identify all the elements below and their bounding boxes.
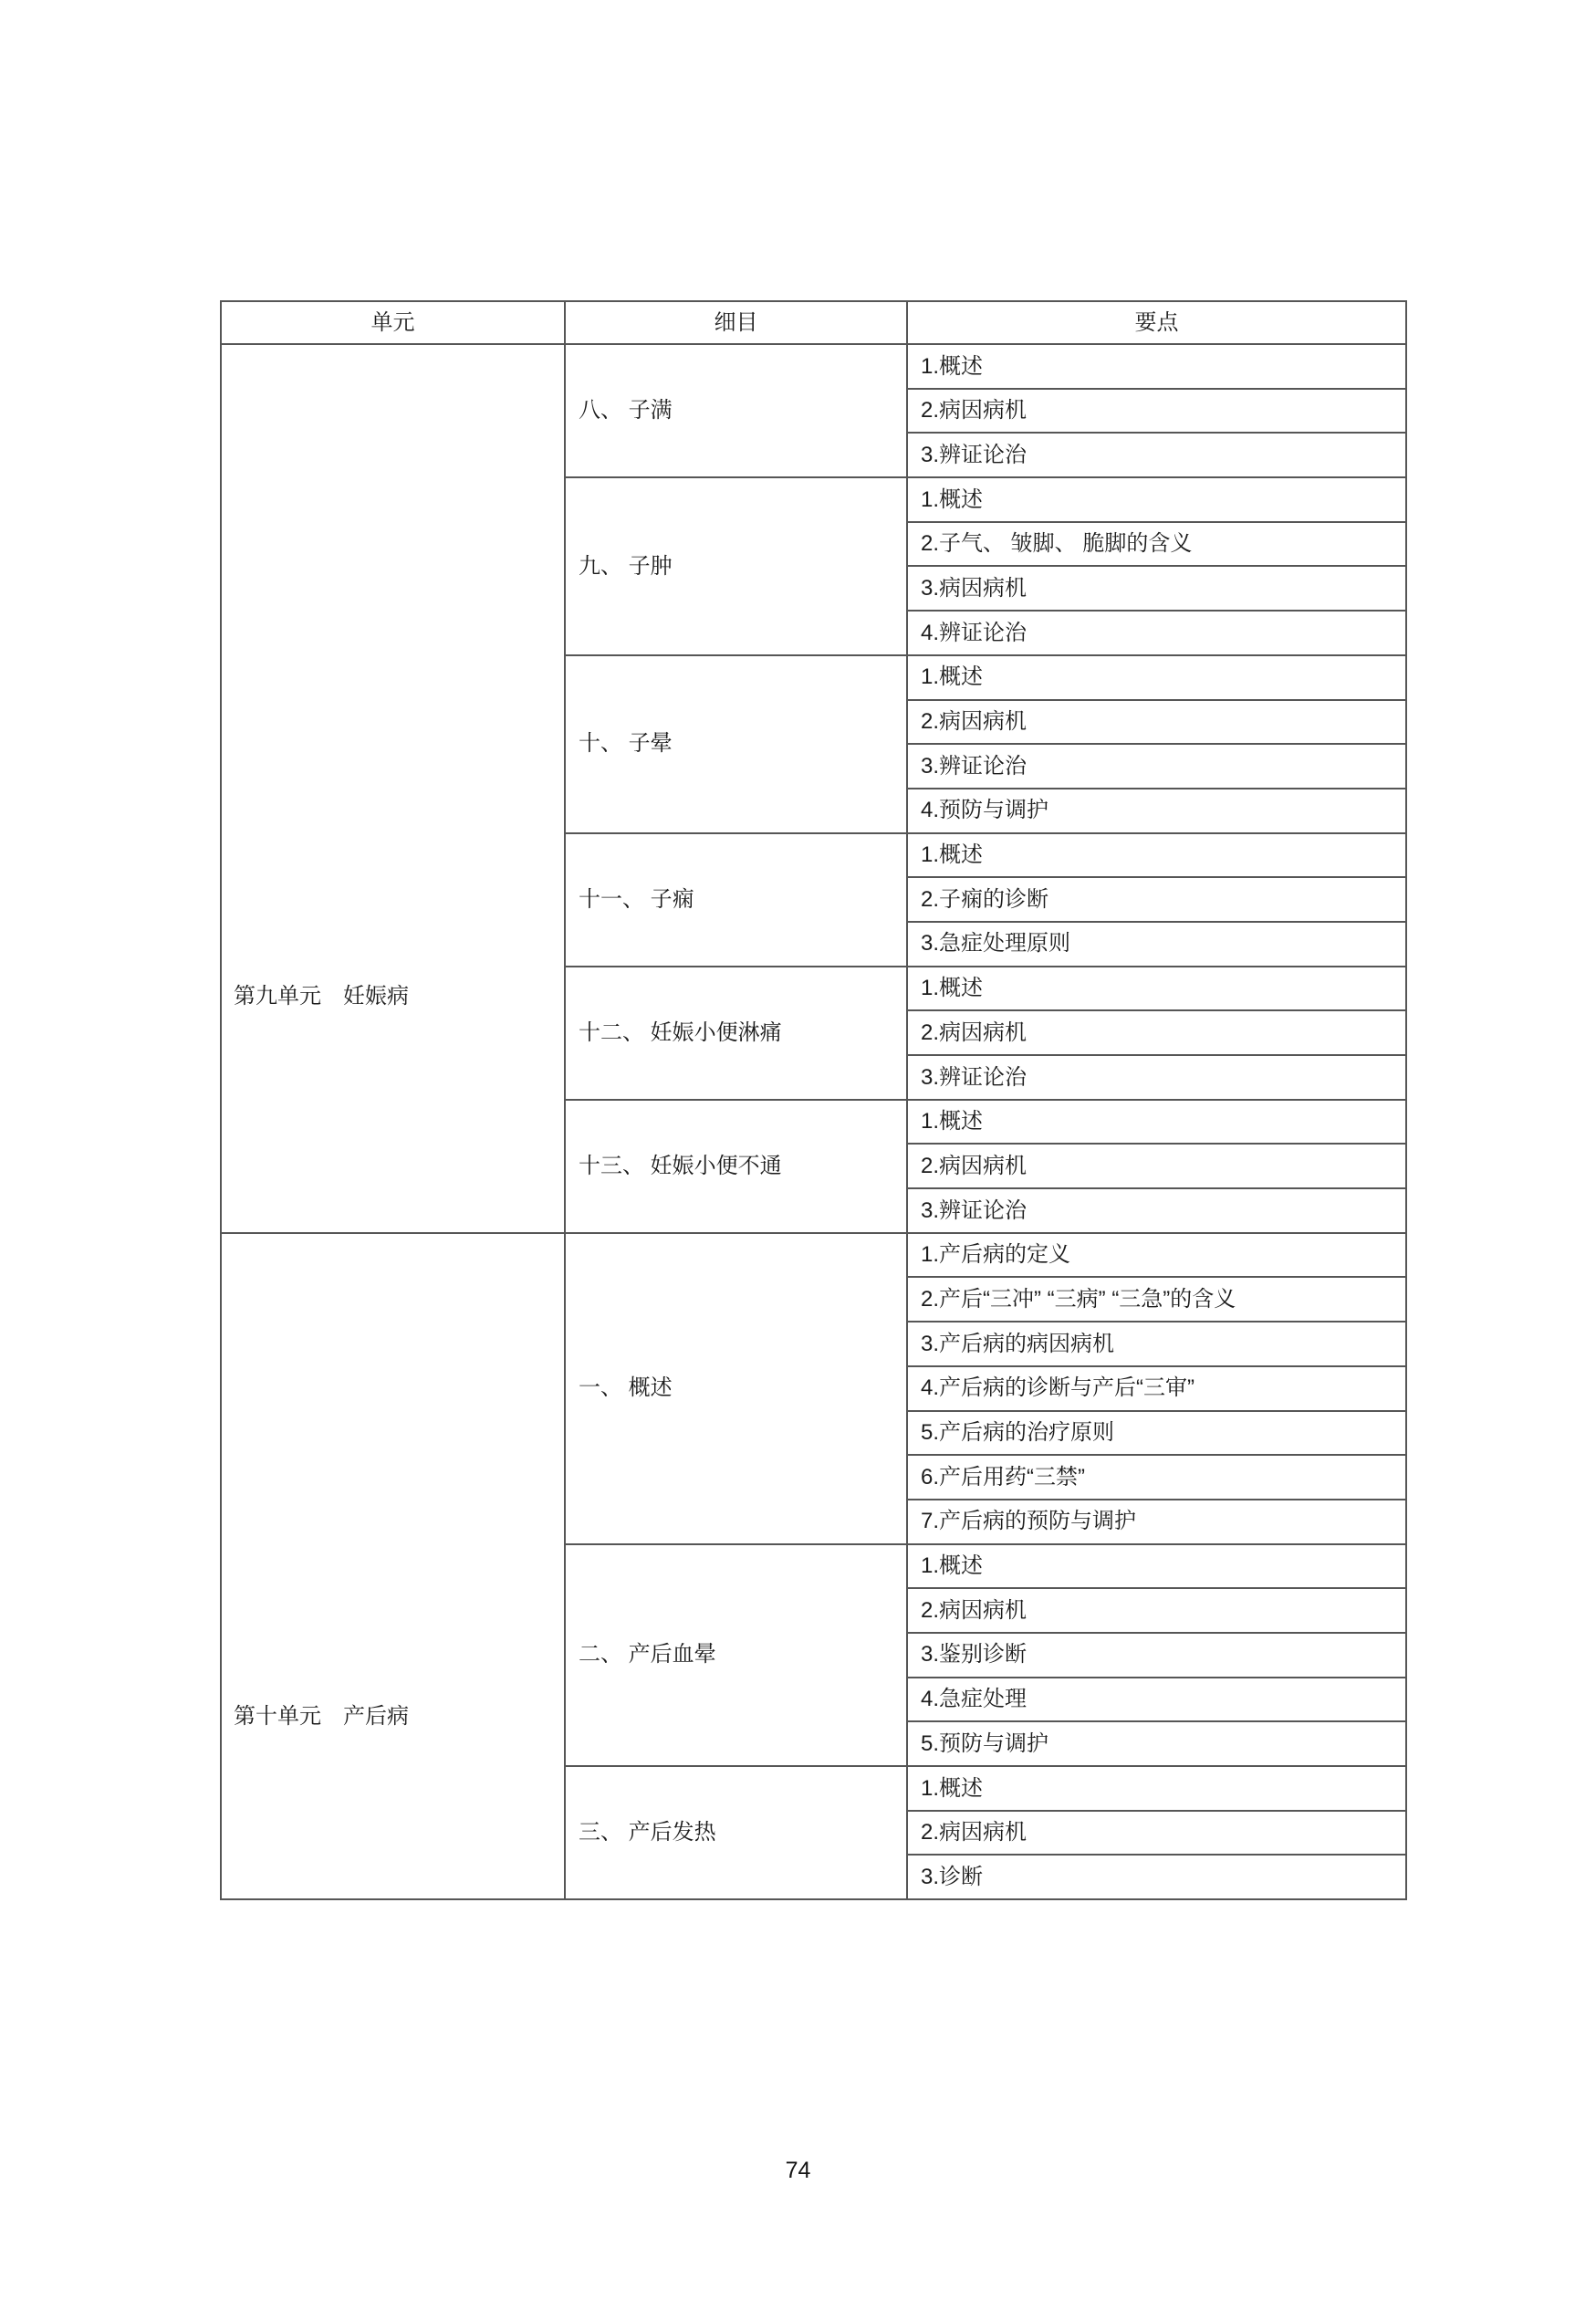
point-cell: 3.诊断 bbox=[907, 1855, 1406, 1899]
unit-cell: 第十单元 产后病 bbox=[221, 1233, 565, 1899]
col-header-unit: 单元 bbox=[221, 301, 565, 344]
item-cell: 十、 子晕 bbox=[565, 655, 907, 833]
unit-label: 第十单元 产后病 bbox=[234, 1704, 409, 1730]
col-header-points: 要点 bbox=[907, 301, 1406, 344]
point-cell: 6.产后用药“三禁” bbox=[907, 1455, 1406, 1500]
point-cell: 3.病因病机 bbox=[907, 566, 1406, 611]
point-cell: 1.概述 bbox=[907, 967, 1406, 1011]
item-cell: 八、 子满 bbox=[565, 344, 907, 477]
syllabus-table: 单元 细目 要点 第九单元 妊娠病 八、 子满 1.概述 2.病因病机 3.辨证… bbox=[220, 300, 1407, 1900]
point-cell: 2.病因病机 bbox=[907, 389, 1406, 434]
point-cell: 4.急症处理 bbox=[907, 1678, 1406, 1722]
point-cell: 1.概述 bbox=[907, 1100, 1406, 1145]
point-cell: 2.病因病机 bbox=[907, 1144, 1406, 1188]
col-header-item: 细目 bbox=[565, 301, 907, 344]
point-cell: 1.概述 bbox=[907, 1544, 1406, 1589]
point-cell: 4.辨证论治 bbox=[907, 611, 1406, 655]
point-cell: 3.辨证论治 bbox=[907, 433, 1406, 477]
item-cell: 三、 产后发热 bbox=[565, 1766, 907, 1899]
item-cell: 十三、 妊娠小便不通 bbox=[565, 1100, 907, 1233]
point-cell: 4.产后病的诊断与产后“三审” bbox=[907, 1366, 1406, 1411]
point-cell: 3.辨证论治 bbox=[907, 1188, 1406, 1233]
item-cell: 十一、 子痫 bbox=[565, 833, 907, 967]
point-cell: 4.预防与调护 bbox=[907, 789, 1406, 833]
point-cell: 2.病因病机 bbox=[907, 700, 1406, 745]
item-cell: 九、 子肿 bbox=[565, 477, 907, 655]
point-cell: 2.产后“三冲” “三病” “三急”的含义 bbox=[907, 1277, 1406, 1322]
point-cell: 3.产后病的病因病机 bbox=[907, 1322, 1406, 1366]
point-cell: 3.急症处理原则 bbox=[907, 922, 1406, 967]
unit-label: 第九单元 妊娠病 bbox=[234, 984, 409, 1009]
point-cell: 1.概述 bbox=[907, 655, 1406, 700]
point-cell: 7.产后病的预防与调护 bbox=[907, 1500, 1406, 1544]
point-cell: 3.辨证论治 bbox=[907, 744, 1406, 789]
point-cell: 3.辨证论治 bbox=[907, 1055, 1406, 1100]
point-cell: 5.产后病的治疗原则 bbox=[907, 1411, 1406, 1456]
page-number: 74 bbox=[0, 2158, 1596, 2184]
point-cell: 1.概述 bbox=[907, 477, 1406, 522]
point-cell: 2.病因病机 bbox=[907, 1588, 1406, 1633]
point-cell: 3.鉴别诊断 bbox=[907, 1633, 1406, 1678]
point-cell: 2.子痫的诊断 bbox=[907, 877, 1406, 922]
unit-cell: 第九单元 妊娠病 bbox=[221, 344, 565, 1233]
item-cell: 一、 概述 bbox=[565, 1233, 907, 1544]
item-cell: 十二、 妊娠小便淋痛 bbox=[565, 967, 907, 1100]
point-cell: 1.概述 bbox=[907, 344, 1406, 389]
point-cell: 1.产后病的定义 bbox=[907, 1233, 1406, 1278]
point-cell: 5.预防与调护 bbox=[907, 1721, 1406, 1766]
point-cell: 1.概述 bbox=[907, 833, 1406, 878]
point-cell: 2.病因病机 bbox=[907, 1010, 1406, 1055]
point-cell: 2.子气、 皱脚、 脆脚的含义 bbox=[907, 522, 1406, 567]
item-cell: 二、 产后血晕 bbox=[565, 1544, 907, 1766]
point-cell: 1.概述 bbox=[907, 1766, 1406, 1811]
point-cell: 2.病因病机 bbox=[907, 1811, 1406, 1856]
